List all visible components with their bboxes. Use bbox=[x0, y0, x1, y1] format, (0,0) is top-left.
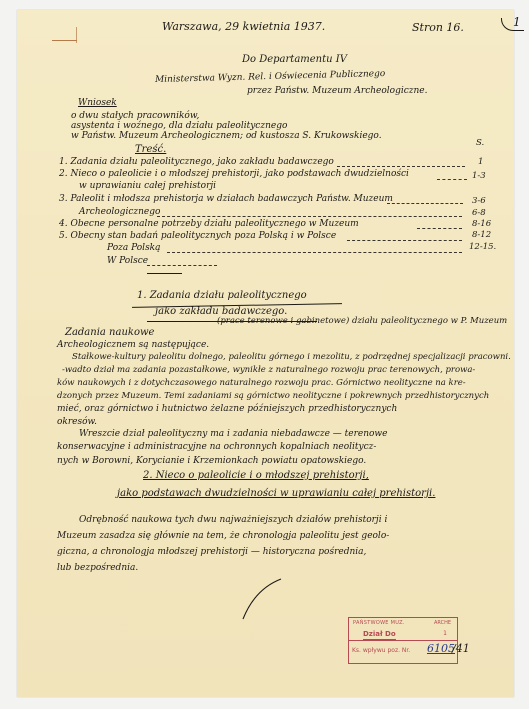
section1-paragraph-line: nych w Borowni, Korycianie i Krzemionkac… bbox=[57, 456, 366, 466]
toc-leader bbox=[337, 166, 465, 167]
toc-leader bbox=[157, 216, 462, 217]
section2-paragraph-line: giczna, a chronologja młodszej prehistor… bbox=[57, 547, 366, 557]
section1-paragraph-line: Wreszcie dział paleolityczny ma i zadani… bbox=[79, 429, 387, 439]
toc-page: 3-6 bbox=[472, 196, 486, 206]
section2-paragraph-line: Muzeum zasadza się głównie na tem, że ch… bbox=[57, 531, 389, 541]
stamp-register-suffix: /41 bbox=[452, 642, 470, 655]
section2-heading-line1: 2. Nieco o paleolicie i o młodszej prehi… bbox=[143, 470, 369, 481]
page-count: Stron 16. bbox=[412, 21, 464, 34]
registry-stamp: PAŃSTWOWE MUZ. ARCHE Dział Do 1 Ks. wpły… bbox=[348, 617, 458, 664]
toc-page-column-label: S. bbox=[476, 138, 484, 148]
section2-paragraph-line: Odrębność naukowa tych dwu najważniejszy… bbox=[79, 515, 387, 525]
toc-page: 12-15. bbox=[469, 242, 496, 252]
toc-item: w uprawianiu całej prehistorji bbox=[79, 181, 216, 191]
margin-mark-vertical bbox=[76, 27, 77, 43]
toc-leader bbox=[167, 252, 462, 253]
pen-stroke bbox=[237, 575, 287, 625]
toc-leader bbox=[417, 228, 462, 229]
toc-item: Archeologicznego bbox=[79, 207, 160, 217]
section1-paragraph-line: Zadania naukowe bbox=[65, 327, 154, 338]
subject-line-1: o dwu stałych pracowników, bbox=[71, 111, 199, 121]
page-number: 1 bbox=[513, 15, 521, 29]
toc-item: 1. Zadania działu paleolitycznego, jako … bbox=[59, 157, 334, 167]
section1-heading-line1: 1. Zadania działu paleolitycznego bbox=[137, 290, 307, 301]
toc-item: Poza Polską bbox=[107, 243, 161, 253]
margin-mark bbox=[52, 40, 77, 41]
section2-heading-line2: jako podstawach dwudzielności w uprawian… bbox=[117, 488, 435, 499]
toc-page: 1 bbox=[478, 157, 483, 167]
section2-paragraph-line: lub bezpośrednia. bbox=[57, 563, 138, 573]
addressee-line-3: przez Państw. Muzeum Archeologiczne. bbox=[247, 86, 428, 96]
section1-paragraph-line: mieć, oraz górnictwo i hutnictwo żelazne… bbox=[57, 404, 397, 414]
toc-leader bbox=[147, 265, 217, 266]
toc-page: 6-8 bbox=[472, 208, 486, 218]
toc-leader bbox=[347, 240, 462, 241]
subject-line-3: w Państw. Muzeum Archeologicznem; od kus… bbox=[71, 131, 382, 141]
toc-page: 8-12 bbox=[472, 230, 491, 240]
toc-item: 5. Obecny stan badań paleolitycznych poz… bbox=[59, 231, 336, 241]
toc-leader bbox=[437, 179, 467, 180]
subject-label: Wniosek bbox=[78, 98, 117, 108]
section1-paragraph-line: Stałkowe-kultury paleolitu dolnego, pale… bbox=[72, 352, 511, 362]
toc-end-rule bbox=[147, 273, 182, 274]
stamp-department: Dział Do bbox=[363, 630, 396, 640]
toc-item: 3. Paleolit i młodsza prehistorja w dzia… bbox=[59, 194, 393, 204]
section1-paragraph-line: konserwacyjne i administracyjne na ochro… bbox=[57, 442, 376, 452]
section1-paragraph-line: Archeologicznem są następujące. bbox=[57, 340, 209, 350]
place-date: Warszawa, 29 kwietnia 1937. bbox=[162, 20, 325, 33]
stamp-register-label: Ks. wpływu poz. Nr. bbox=[352, 647, 410, 654]
document-page: 1 Warszawa, 29 kwietnia 1937. Stron 16. … bbox=[17, 10, 514, 697]
section1-paragraph-line: ków naukowych i z dotychczasowego natura… bbox=[57, 378, 466, 388]
section1-paragraph-line: dzonych przez Muzeum. Temi zadaniami są … bbox=[57, 391, 489, 401]
toc-item: 4. Obecne personalne potrzeby działu pal… bbox=[59, 219, 359, 229]
section1-paragraph-line: okresów. bbox=[57, 417, 97, 427]
toc-item: W Polsce bbox=[107, 256, 148, 266]
stamp-register-number: 6105 bbox=[427, 642, 455, 655]
stamp-institution-right: ARCHE bbox=[434, 620, 451, 626]
stamp-department-right: 1 bbox=[443, 630, 447, 637]
toc-title: Treść. bbox=[135, 144, 166, 155]
section1-paragraph-line: -wadto dział ma zadania pozastałkowe, wy… bbox=[62, 365, 475, 375]
stamp-institution: PAŃSTWOWE MUZ. bbox=[353, 620, 405, 626]
section1-paragraph-line: (prace terenowe i gabinetowe) działu pal… bbox=[217, 316, 507, 326]
toc-page: 1-3 bbox=[472, 171, 486, 181]
subject-line-2: asystenta i woźnego, dla działu paleolit… bbox=[71, 121, 287, 131]
toc-leader bbox=[387, 203, 463, 204]
toc-page: 8-16 bbox=[472, 219, 491, 229]
stamp-divider bbox=[349, 640, 457, 641]
addressee-line-2: Ministerstwa Wyzn. Rel. i Oświecenia Pub… bbox=[155, 69, 385, 85]
addressee-line-1: Do Departamentu IV bbox=[242, 54, 347, 65]
toc-item: 2. Nieco o paleolicie i o młodszej prehi… bbox=[59, 169, 409, 179]
